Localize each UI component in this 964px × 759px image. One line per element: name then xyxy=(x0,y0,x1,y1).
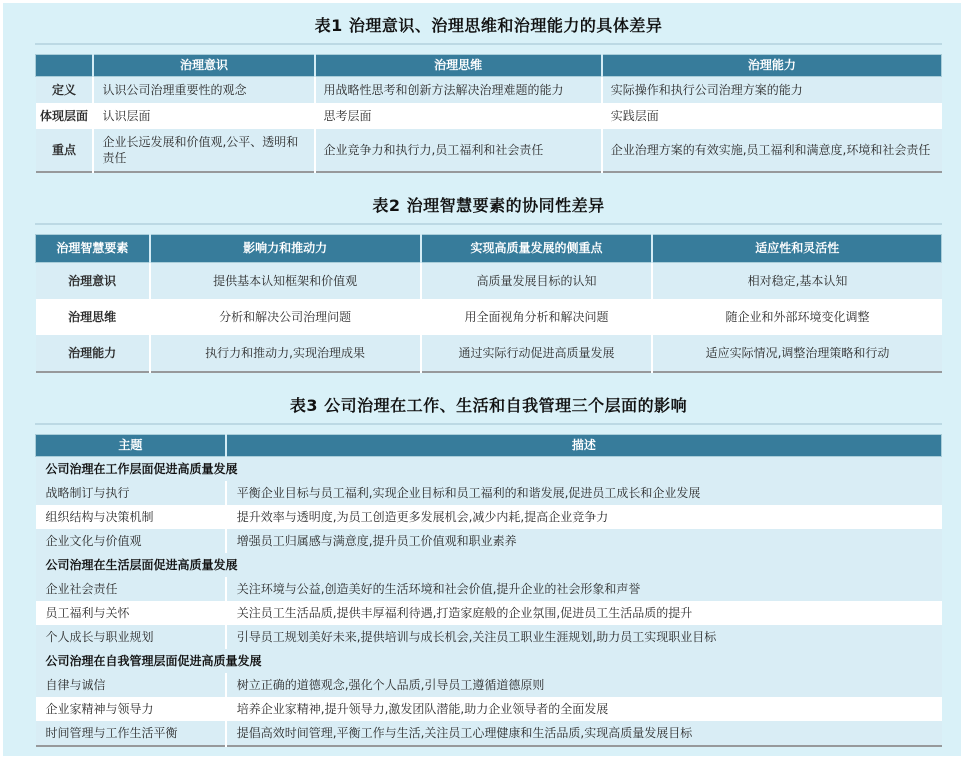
table-row: 治理意识提供基本认知框架和价值观高质量发展目标的认知相对稳定,基本认知 xyxy=(36,263,942,300)
row-header-cell: 时间管理与工作生活平衡 xyxy=(36,721,226,746)
table1-top-rule xyxy=(35,43,942,45)
data-cell: 平衡企业目标与员工福利,实现企业目标和员工福利的和谐发展,促进员工成长和企业发展 xyxy=(226,481,942,505)
table2: 治理智慧要素影响力和推动力实现高质量发展的侧重点适应性和灵活性治理意识提供基本认… xyxy=(35,234,942,373)
data-cell: 关注员工生活品质,提供丰厚福利待遇,打造家庭般的企业氛围,促进员工生活品质的提升 xyxy=(226,601,942,625)
column-header: 适应性和灵活性 xyxy=(652,235,941,263)
data-cell: 随企业和外部环境变化调整 xyxy=(652,299,941,335)
data-cell: 执行力和推动力,实现治理成果 xyxy=(150,335,421,372)
row-header-cell: 定义 xyxy=(36,77,94,104)
section-row: 公司治理在生活层面促进高质量发展 xyxy=(36,553,942,577)
row-header-cell: 体现层面 xyxy=(36,103,94,129)
section-heading: 公司治理在工作层面促进高质量发展 xyxy=(36,457,942,482)
data-cell: 引导员工规划美好未来,提供培训与成长机会,关注员工职业生涯规划,助力员工实现职业… xyxy=(226,625,942,649)
table1: 治理意识治理思维治理能力定义认识公司治理重要性的观念用战略性思考和创新方法解决治… xyxy=(35,54,942,173)
table-row: 战略制订与执行平衡企业目标与员工福利,实现企业目标和员工福利的和谐发展,促进员工… xyxy=(36,481,942,505)
column-header: 治理智慧要素 xyxy=(36,235,150,263)
table-row: 时间管理与工作生活平衡提倡高效时间管理,平衡工作与生活,关注员工心理健康和生活品… xyxy=(36,721,942,746)
table1-block: 表1 治理意识、治理思维和治理能力的具体差异 治理意识治理思维治理能力定义认识公… xyxy=(35,15,942,173)
column-header: 治理思维 xyxy=(315,55,602,77)
table-row: 自律与诚信树立正确的道德观念,强化个人品质,引导员工遵循道德原则 xyxy=(36,673,942,697)
table2-caption: 表2 治理智慧要素的协同性差异 xyxy=(35,195,942,217)
table2-block: 表2 治理智慧要素的协同性差异 治理智慧要素影响力和推动力实现高质量发展的侧重点… xyxy=(35,195,942,373)
data-cell: 用战略性思考和创新方法解决治理难题的能力 xyxy=(315,77,602,104)
data-cell: 认识层面 xyxy=(93,103,314,129)
table-row: 企业社会责任关注环境与公益,创造美好的生活环境和社会价值,提升企业的社会形象和声… xyxy=(36,577,942,601)
row-header-cell: 企业文化与价值观 xyxy=(36,529,226,553)
table-row: 重点企业长远发展和价值观,公平、透明和责任企业竞争力和执行力,员工福利和社会责任… xyxy=(36,129,942,172)
table3: 主题描述公司治理在工作层面促进高质量发展战略制订与执行平衡企业目标与员工福利,实… xyxy=(35,434,942,747)
column-header: 描述 xyxy=(226,435,942,457)
column-header: 影响力和推动力 xyxy=(150,235,421,263)
row-header-cell: 员工福利与关怀 xyxy=(36,601,226,625)
table1-caption: 表1 治理意识、治理思维和治理能力的具体差异 xyxy=(35,15,942,37)
header-row: 主题描述 xyxy=(36,435,942,457)
row-header-cell: 企业家精神与领导力 xyxy=(36,697,226,721)
table-row: 员工福利与关怀关注员工生活品质,提供丰厚福利待遇,打造家庭般的企业氛围,促进员工… xyxy=(36,601,942,625)
header-row: 治理智慧要素影响力和推动力实现高质量发展的侧重点适应性和灵活性 xyxy=(36,235,942,263)
column-header: 治理能力 xyxy=(602,55,942,77)
data-cell: 提供基本认知框架和价值观 xyxy=(150,263,421,300)
section-row: 公司治理在自我管理层面促进高质量发展 xyxy=(36,649,942,673)
table-row: 定义认识公司治理重要性的观念用战略性思考和创新方法解决治理难题的能力实际操作和执… xyxy=(36,77,942,104)
row-header-cell: 治理能力 xyxy=(36,335,150,372)
table3-top-rule xyxy=(35,423,942,425)
table-row: 体现层面认识层面思考层面实践层面 xyxy=(36,103,942,129)
data-cell: 企业竞争力和执行力,员工福利和社会责任 xyxy=(315,129,602,172)
column-header: 治理意识 xyxy=(93,55,314,77)
header-row: 治理意识治理思维治理能力 xyxy=(36,55,942,77)
data-cell: 提倡高效时间管理,平衡工作与生活,关注员工心理健康和生活品质,实现高质量发展目标 xyxy=(226,721,942,746)
data-cell: 用全面视角分析和解决问题 xyxy=(421,299,653,335)
column-header xyxy=(36,55,94,77)
row-header-cell: 战略制订与执行 xyxy=(36,481,226,505)
page-panel: 表1 治理意识、治理思维和治理能力的具体差异 治理意识治理思维治理能力定义认识公… xyxy=(3,3,961,756)
data-cell: 适应实际情况,调整治理策略和行动 xyxy=(652,335,941,372)
data-cell: 企业长远发展和价值观,公平、透明和责任 xyxy=(93,129,314,172)
section-row: 公司治理在工作层面促进高质量发展 xyxy=(36,457,942,482)
data-cell: 高质量发展目标的认知 xyxy=(421,263,653,300)
table3-block: 表3 公司治理在工作、生活和自我管理三个层面的影响 主题描述公司治理在工作层面促… xyxy=(35,395,942,747)
table-row: 治理思维分析和解决公司治理问题用全面视角分析和解决问题随企业和外部环境变化调整 xyxy=(36,299,942,335)
table-row: 治理能力执行力和推动力,实现治理成果通过实际行动促进高质量发展适应实际情况,调整… xyxy=(36,335,942,372)
row-header-cell: 自律与诚信 xyxy=(36,673,226,697)
data-cell: 实际操作和执行公司治理方案的能力 xyxy=(602,77,942,104)
table2-top-rule xyxy=(35,223,942,225)
table-row: 企业家精神与领导力培养企业家精神,提升领导力,激发团队潜能,助力企业领导者的全面… xyxy=(36,697,942,721)
data-cell: 思考层面 xyxy=(315,103,602,129)
row-header-cell: 治理思维 xyxy=(36,299,150,335)
data-cell: 通过实际行动促进高质量发展 xyxy=(421,335,653,372)
table3-caption: 表3 公司治理在工作、生活和自我管理三个层面的影响 xyxy=(35,395,942,417)
data-cell: 相对稳定,基本认知 xyxy=(652,263,941,300)
data-cell: 关注环境与公益,创造美好的生活环境和社会价值,提升企业的社会形象和声誉 xyxy=(226,577,942,601)
data-cell: 增强员工归属感与满意度,提升员工价值观和职业素养 xyxy=(226,529,942,553)
row-header-cell: 个人成长与职业规划 xyxy=(36,625,226,649)
data-cell: 认识公司治理重要性的观念 xyxy=(93,77,314,104)
table-row: 组织结构与决策机制提升效率与透明度,为员工创造更多发展机会,减少内耗,提高企业竞… xyxy=(36,505,942,529)
table-row: 企业文化与价值观增强员工归属感与满意度,提升员工价值观和职业素养 xyxy=(36,529,942,553)
data-cell: 分析和解决公司治理问题 xyxy=(150,299,421,335)
section-heading: 公司治理在生活层面促进高质量发展 xyxy=(36,553,942,577)
data-cell: 树立正确的道德观念,强化个人品质,引导员工遵循道德原则 xyxy=(226,673,942,697)
data-cell: 实践层面 xyxy=(602,103,942,129)
row-header-cell: 企业社会责任 xyxy=(36,577,226,601)
row-header-cell: 重点 xyxy=(36,129,94,172)
data-cell: 培养企业家精神,提升领导力,激发团队潜能,助力企业领导者的全面发展 xyxy=(226,697,942,721)
column-header: 主题 xyxy=(36,435,226,457)
data-cell: 提升效率与透明度,为员工创造更多发展机会,减少内耗,提高企业竞争力 xyxy=(226,505,942,529)
row-header-cell: 治理意识 xyxy=(36,263,150,300)
table-row: 个人成长与职业规划引导员工规划美好未来,提供培训与成长机会,关注员工职业生涯规划… xyxy=(36,625,942,649)
row-header-cell: 组织结构与决策机制 xyxy=(36,505,226,529)
section-heading: 公司治理在自我管理层面促进高质量发展 xyxy=(36,649,942,673)
page-content: 表1 治理意识、治理思维和治理能力的具体差异 治理意识治理思维治理能力定义认识公… xyxy=(3,3,961,747)
data-cell: 企业治理方案的有效实施,员工福利和满意度,环境和社会责任 xyxy=(602,129,942,172)
column-header: 实现高质量发展的侧重点 xyxy=(421,235,653,263)
